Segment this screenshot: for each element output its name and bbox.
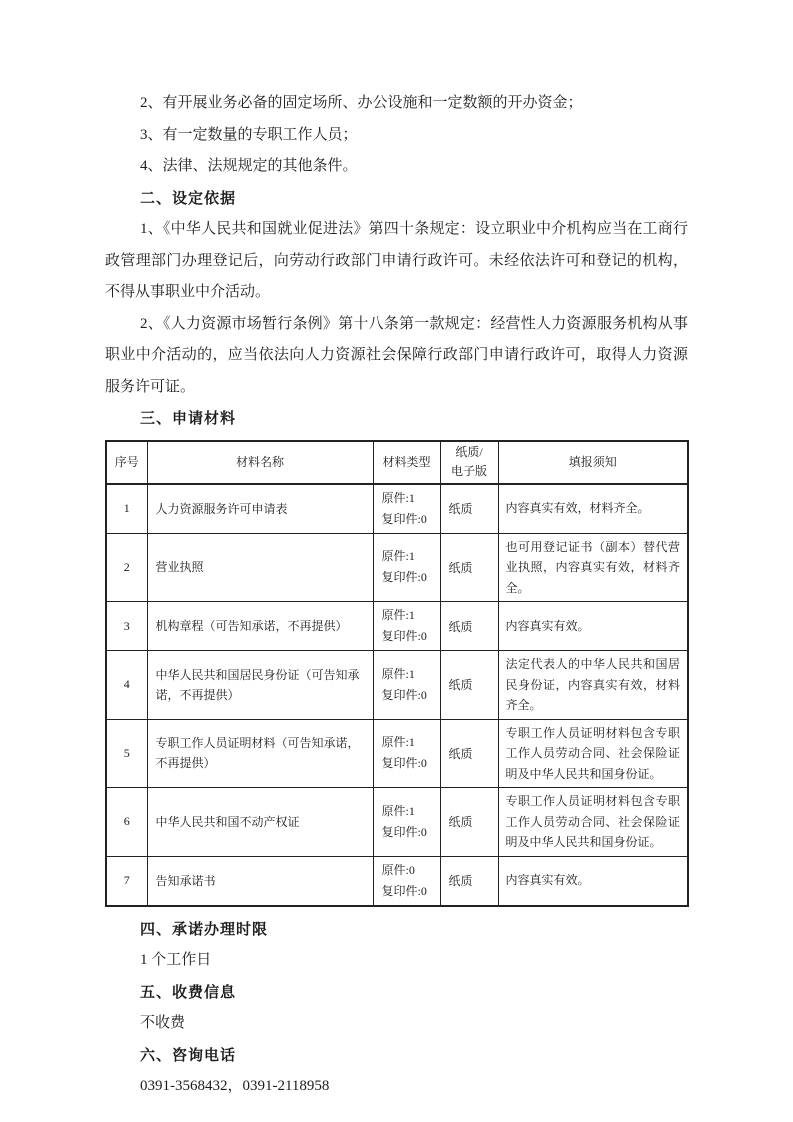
table-row: 6 中华人民共和国不动产权证 原件:1 复印件:0 纸质 专职工作人员证明材料包…	[106, 788, 688, 857]
condition-item: 2、有开展业务必备的固定场所、办公设施和一定数额的开办资金；	[105, 88, 688, 120]
materials-table: 序号 材料名称 材料类型 纸质/ 电子版 填报须知 1 人力资源服务许可申请表 …	[105, 440, 689, 907]
condition-item: 3、有一定数量的专职工作人员；	[105, 120, 688, 152]
cell-type: 原件:1 复印件:0	[373, 484, 440, 534]
section-heading-materials: 三、申请材料	[105, 403, 688, 435]
cell-note: 内容真实有效。	[498, 856, 688, 906]
cell-name: 中华人民共和国不动产权证	[147, 788, 373, 857]
table-row: 4 中华人民共和国居民身份证（可告知承诺，不再提供） 原件:1 复印件:0 纸质…	[106, 651, 688, 720]
cell-type: 原件:1 复印件:0	[373, 719, 440, 788]
cell-no: 6	[106, 788, 147, 857]
basis-paragraph: 2、《人力资源市场暂行条例》第十八条第一款规定：经营性人力资源服务机构从事职业中…	[105, 309, 688, 404]
column-header-no: 序号	[106, 441, 147, 484]
cell-medium: 纸质	[440, 856, 498, 906]
column-header-type: 材料类型	[373, 441, 440, 484]
section-heading-time-limit: 四、承诺办理时限	[105, 914, 688, 946]
column-header-name: 材料名称	[147, 441, 373, 484]
cell-no: 5	[106, 719, 147, 788]
cell-type: 原件:1 复印件:0	[373, 788, 440, 857]
cell-type: 原件:1 复印件:0	[373, 651, 440, 720]
cell-name: 营业执照	[147, 533, 373, 602]
cell-note: 内容真实有效，材料齐全。	[498, 484, 688, 534]
basis-paragraph: 1、《中华人民共和国就业促进法》第四十条规定：设立职业中介机构应当在工商行政管理…	[105, 214, 688, 309]
cell-type: 原件:1 复印件:0	[373, 533, 440, 602]
cell-note: 内容真实有效。	[498, 602, 688, 651]
phone-numbers: 0391-3568432，0391-2118958	[105, 1071, 688, 1103]
cell-no: 2	[106, 533, 147, 602]
cell-medium: 纸质	[440, 484, 498, 534]
section-heading-fee: 五、收费信息	[105, 977, 688, 1009]
cell-note: 专职工作人员证明材料包含专职工作人员劳动合同、社会保险证明及中华人民共和国身份证…	[498, 719, 688, 788]
cell-note: 也可用登记证书（副本）替代营业执照，内容真实有效，材料齐全。	[498, 533, 688, 602]
table-row: 5 专职工作人员证明材料（可告知承诺，不再提供） 原件:1 复印件:0 纸质 专…	[106, 719, 688, 788]
table-header-row: 序号 材料名称 材料类型 纸质/ 电子版 填报须知	[106, 441, 688, 484]
cell-note: 法定代表人的中华人民共和国居民身份证，内容真实有效，材料齐全。	[498, 651, 688, 720]
document-content: 2、有开展业务必备的固定场所、办公设施和一定数额的开办资金； 3、有一定数量的专…	[105, 88, 688, 1103]
table-row: 1 人力资源服务许可申请表 原件:1 复印件:0 纸质 内容真实有效，材料齐全。	[106, 484, 688, 534]
cell-no: 4	[106, 651, 147, 720]
cell-medium: 纸质	[440, 651, 498, 720]
cell-name: 告知承诺书	[147, 856, 373, 906]
cell-medium: 纸质	[440, 719, 498, 788]
cell-type: 原件:1 复印件:0	[373, 602, 440, 651]
section-heading-phone: 六、咨询电话	[105, 1040, 688, 1072]
column-header-medium: 纸质/ 电子版	[440, 441, 498, 484]
document-page: 2、有开展业务必备的固定场所、办公设施和一定数额的开办资金； 3、有一定数量的专…	[0, 0, 793, 1122]
cell-type: 原件:0 复印件:0	[373, 856, 440, 906]
cell-medium: 纸质	[440, 602, 498, 651]
cell-medium: 纸质	[440, 788, 498, 857]
condition-item: 4、法律、法规规定的其他条件。	[105, 151, 688, 183]
column-header-note: 填报须知	[498, 441, 688, 484]
cell-note: 专职工作人员证明材料包含专职工作人员劳动合同、社会保险证明及中华人民共和国身份证…	[498, 788, 688, 857]
table-row: 7 告知承诺书 原件:0 复印件:0 纸质 内容真实有效。	[106, 856, 688, 906]
cell-no: 7	[106, 856, 147, 906]
cell-medium: 纸质	[440, 533, 498, 602]
table-row: 3 机构章程（可告知承诺，不再提供） 原件:1 复印件:0 纸质 内容真实有效。	[106, 602, 688, 651]
cell-name: 中华人民共和国居民身份证（可告知承诺，不再提供）	[147, 651, 373, 720]
section-heading-basis: 二、设定依据	[105, 183, 688, 215]
time-limit-value: 1 个工作日	[105, 945, 688, 977]
cell-no: 3	[106, 602, 147, 651]
cell-name: 人力资源服务许可申请表	[147, 484, 373, 534]
cell-name: 机构章程（可告知承诺，不再提供）	[147, 602, 373, 651]
cell-no: 1	[106, 484, 147, 534]
fee-value: 不收费	[105, 1008, 688, 1040]
table-row: 2 营业执照 原件:1 复印件:0 纸质 也可用登记证书（副本）替代营业执照，内…	[106, 533, 688, 602]
cell-name: 专职工作人员证明材料（可告知承诺，不再提供）	[147, 719, 373, 788]
